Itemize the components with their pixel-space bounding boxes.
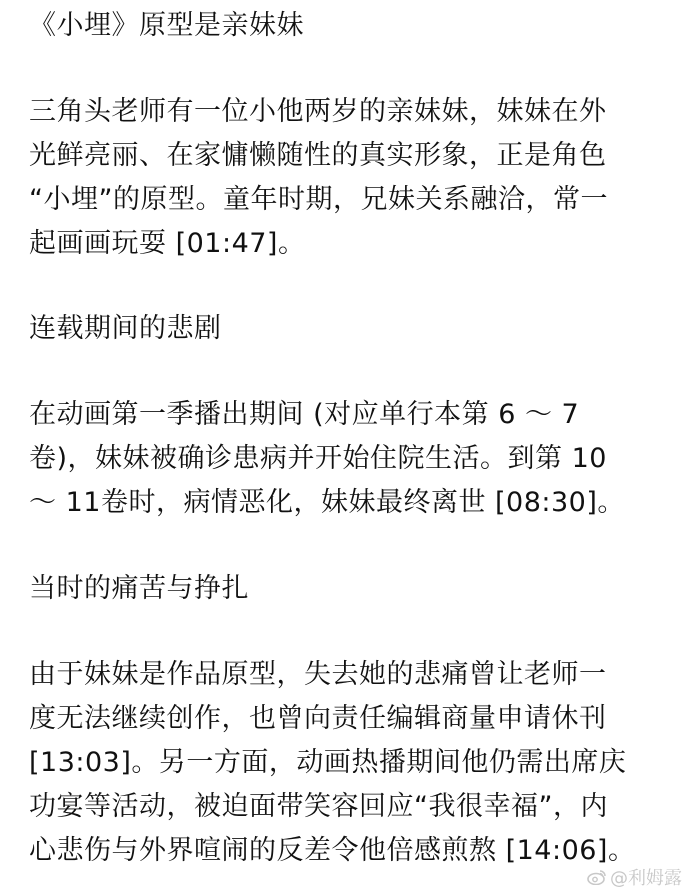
section-heading: 当时的痛苦与挣扎	[29, 570, 249, 608]
paragraph-line: “小埋”的原型。童年时期，兄妹关系融洽，常一	[29, 181, 608, 219]
paragraph-line: 在动画第一季播出期间 (对应单行本第 6 ～ 7	[29, 396, 579, 434]
section-heading: 连载期间的悲剧	[29, 310, 222, 348]
watermark: @利姆露	[587, 864, 682, 890]
paragraph-line: 三角头老师有一位小他两岁的亲妹妹，妹妹在外	[29, 93, 607, 131]
paragraph-line: 起画画玩耍 [01:47]。	[29, 225, 305, 263]
paragraph-line: [13:03]。另一方面，动画热播期间他仍需出席庆	[29, 744, 626, 782]
paragraph-line: 卷)，妹妹被确诊患病并开始住院生活。到第 10	[29, 440, 607, 478]
paragraph-line: ～ 11卷时，病情恶化，妹妹最终离世 [08:30]。	[29, 484, 625, 522]
paragraph-line: 光鲜亮丽、在家慵懒随性的真实形象，正是角色	[29, 137, 607, 175]
paragraph-line: 度无法继续创作，也曾向责任编辑商量申请休刊	[29, 700, 607, 738]
weibo-icon	[587, 869, 607, 885]
paragraph-line: 功宴等活动，被迫面带笑容回应“我很幸福”，内	[29, 788, 608, 826]
section-heading: 《小埋》原型是亲妹妹	[29, 7, 304, 45]
watermark-text: @利姆露	[610, 864, 682, 890]
paragraph-line: 由于妹妹是作品原型，失去她的悲痛曾让老师一	[29, 656, 607, 694]
paragraph-line: 心悲伤与外界喧闹的反差令他倍感煎熬 [14:06]。	[29, 832, 635, 870]
